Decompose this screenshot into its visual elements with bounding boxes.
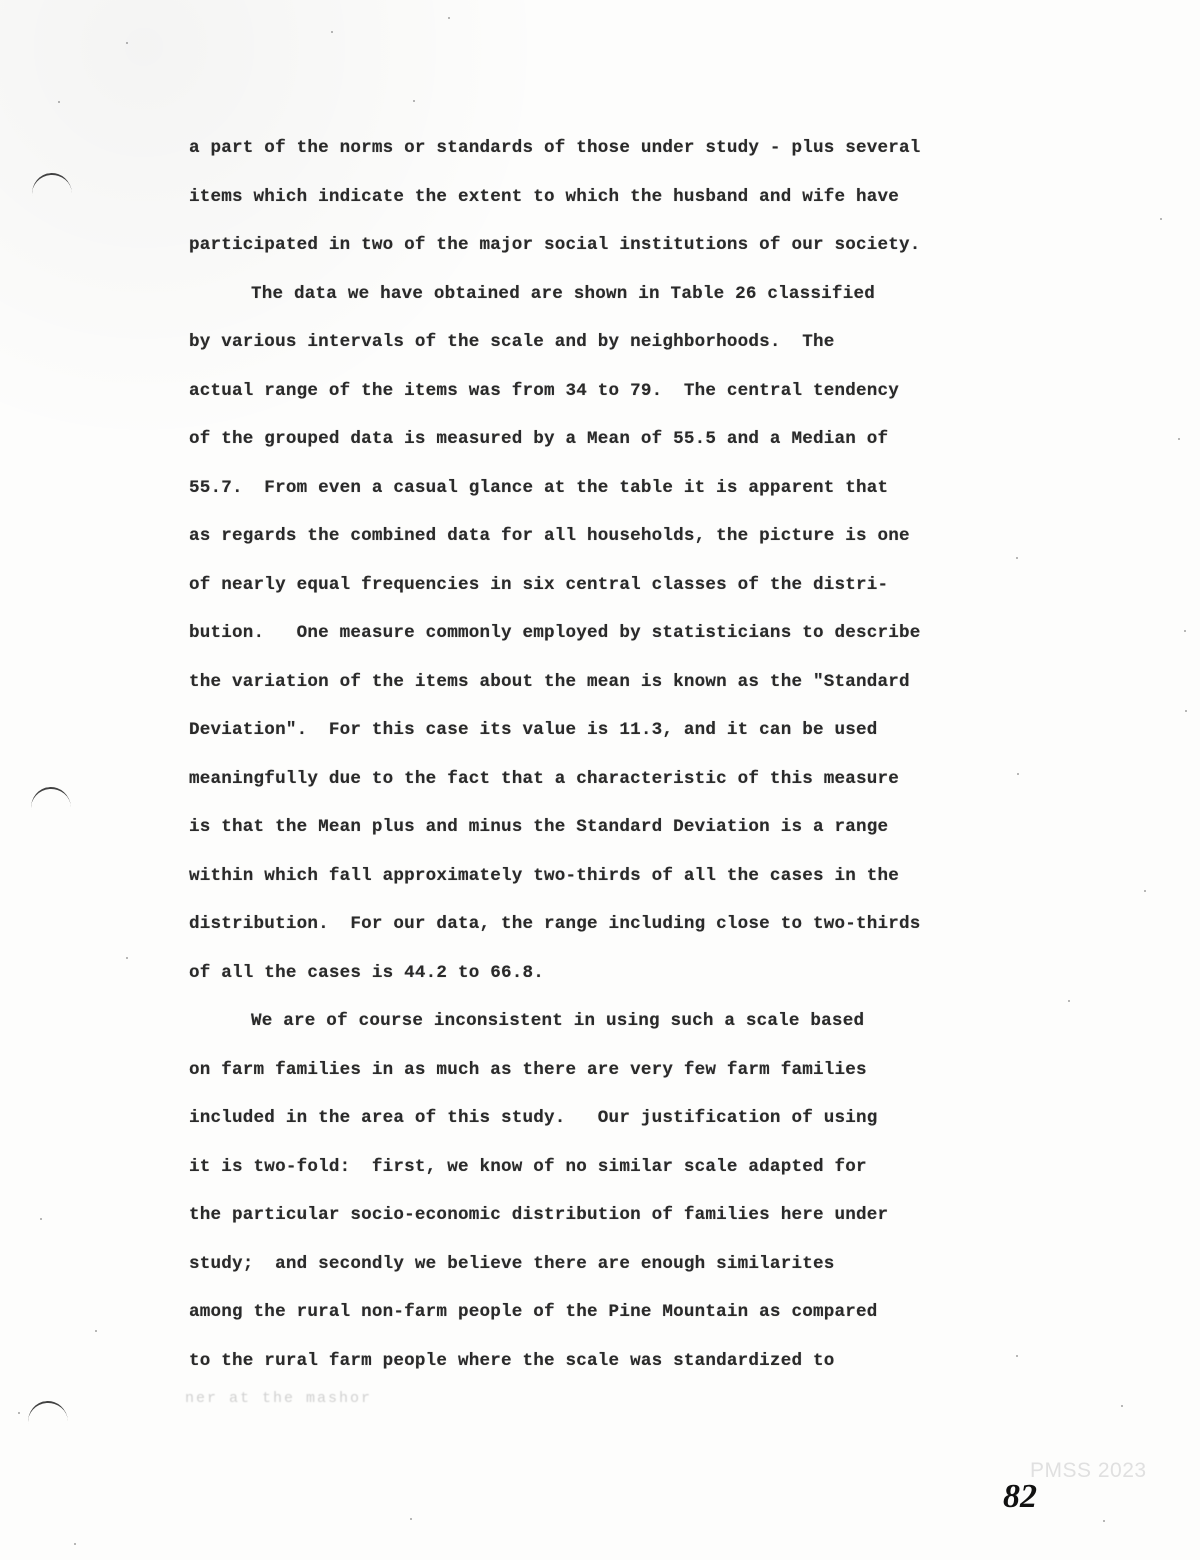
punch-hole-arc-bottom xyxy=(27,1400,70,1445)
text-line: among the rural non-farm people of the P… xyxy=(189,1294,1019,1343)
text-line: actual range of the items was from 34 to… xyxy=(189,373,1019,422)
text-line: it is two-fold: first, we know of no sim… xyxy=(189,1149,1019,1198)
punch-hole-arc-middle xyxy=(30,786,73,831)
scan-speckle xyxy=(1144,890,1146,892)
scan-speckle xyxy=(1184,630,1186,632)
scan-speckle xyxy=(1160,218,1162,220)
text-line: The data we have obtained are shown in T… xyxy=(189,276,1019,325)
text-line: a part of the norms or standards of thos… xyxy=(189,130,1019,179)
scan-speckle xyxy=(18,1412,20,1414)
scan-speckle xyxy=(1103,1520,1105,1522)
scan-speckle xyxy=(95,1330,97,1332)
scan-speckle xyxy=(1185,710,1187,712)
scan-speckle xyxy=(448,17,450,19)
scan-speckle xyxy=(413,100,415,102)
scan-speckle xyxy=(40,1218,42,1220)
scan-speckle xyxy=(126,42,128,44)
text-line: of all the cases is 44.2 to 66.8. xyxy=(189,955,1019,1004)
scan-speckle xyxy=(126,957,128,959)
scan-speckle xyxy=(1068,1000,1070,1002)
paragraph-1: a part of the norms or standards of thos… xyxy=(189,130,1019,276)
text-line: 55.7. From even a casual glance at the t… xyxy=(189,470,1019,519)
text-line: bution. One measure commonly employed by… xyxy=(189,615,1019,664)
text-line: distribution. For our data, the range in… xyxy=(189,906,1019,955)
text-line: Deviation". For this case its value is 1… xyxy=(189,712,1019,761)
text-line: included in the area of this study. Our … xyxy=(189,1100,1019,1149)
text-line: meaningfully due to the fact that a char… xyxy=(189,761,1019,810)
paragraph-3: We are of course inconsistent in using s… xyxy=(189,1003,1019,1391)
paragraph-2: The data we have obtained are shown in T… xyxy=(189,276,1019,1004)
text-line: items which indicate the extent to which… xyxy=(189,179,1019,228)
scan-speckle xyxy=(1121,1405,1123,1407)
text-line: is that the Mean plus and minus the Stan… xyxy=(189,809,1019,858)
scan-speckle xyxy=(74,1543,76,1545)
text-line: by various intervals of the scale and by… xyxy=(189,324,1019,373)
scan-speckle xyxy=(331,31,333,33)
text-line: to the rural farm people where the scale… xyxy=(189,1343,1019,1392)
archive-watermark: PMSS 2023 xyxy=(1030,1459,1147,1483)
scan-speckle xyxy=(58,101,60,103)
text-line: within which fall approximately two-thir… xyxy=(189,858,1019,907)
faded-bleedthrough-text: ner at the mashor xyxy=(185,1390,372,1407)
text-line: on farm families in as much as there are… xyxy=(189,1052,1019,1101)
punch-hole-arc-top xyxy=(31,172,74,217)
scanned-page: a part of the norms or standards of thos… xyxy=(0,0,1200,1560)
text-line: participated in two of the major social … xyxy=(189,227,1019,276)
scan-speckle xyxy=(410,1518,412,1520)
scan-speckle xyxy=(1178,438,1180,440)
text-line: of the grouped data is measured by a Mea… xyxy=(189,421,1019,470)
text-line: of nearly equal frequencies in six centr… xyxy=(189,567,1019,616)
text-line: the particular socio-economic distributi… xyxy=(189,1197,1019,1246)
page-number: 82 xyxy=(1003,1478,1037,1516)
text-line: as regards the combined data for all hou… xyxy=(189,518,1019,567)
text-line: the variation of the items about the mea… xyxy=(189,664,1019,713)
text-line: We are of course inconsistent in using s… xyxy=(189,1003,1019,1052)
text-line: study; and secondly we believe there are… xyxy=(189,1246,1019,1295)
typewritten-body: a part of the norms or standards of thos… xyxy=(189,130,1019,1391)
